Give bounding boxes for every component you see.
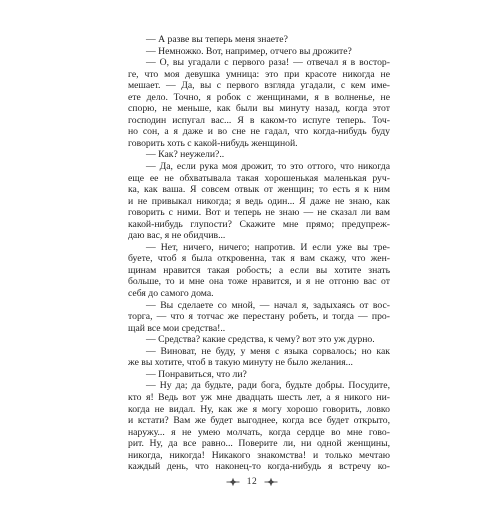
text-line: никогда, никогда! Никакого знакомства! и… xyxy=(128,450,390,462)
folio: 12 xyxy=(4,475,500,489)
text-line: ге, что моя девушка умница: это при крас… xyxy=(128,69,390,81)
book-page: — А разве вы теперь меня знаете?— Немнож… xyxy=(0,0,500,532)
page-text: — А разве вы теперь меня знаете?— Немнож… xyxy=(128,34,390,473)
text-line: буете, чтоб я была откровенна, так я вам… xyxy=(128,253,390,265)
text-line: наружу... я не умею молчать, когда сердц… xyxy=(128,427,390,439)
text-line: торга, — что я тотчас же перестану робет… xyxy=(128,311,390,323)
text-line: спорю, не меньше, как были вы минуту наз… xyxy=(128,103,390,115)
text-line: даю вас, я не обидчив... xyxy=(128,230,390,242)
text-line: говорить с ними. Вот и теперь не знаю — … xyxy=(128,207,390,219)
text-line: говорить хоть с какой-нибудь женщиной. xyxy=(128,138,390,150)
text-line: — Понравиться, что ли? xyxy=(128,369,390,381)
fleuron-left-icon xyxy=(226,477,240,487)
text-line: — О, вы угадали с первого раза! — отвеча… xyxy=(128,57,390,69)
text-line: — А разве вы теперь меня знаете? xyxy=(128,34,390,46)
text-line: — Вы сделаете со мной, — начал я, задыха… xyxy=(128,300,390,312)
text-line: и не привыкал никогда; я ведь один... Я … xyxy=(128,196,390,208)
fleuron-right-icon xyxy=(264,477,278,487)
text-line: еще ее не обхватывала такая хорошенькая … xyxy=(128,173,390,185)
text-line: — Виноват, не буду, у меня с языка сорва… xyxy=(128,346,390,358)
text-line: больше, то и мне она тоже нравится, и я … xyxy=(128,276,390,288)
text-line: мешает. — Да, вы с первого взгляда угада… xyxy=(128,80,390,92)
page-number: 12 xyxy=(247,475,258,489)
text-line: — Да, если рука моя дрожит, то это оттог… xyxy=(128,161,390,173)
text-line: — Немножко. Вот, например, отчего вы дро… xyxy=(128,46,390,58)
text-line: господин испугал вас... Я в каком-то исп… xyxy=(128,115,390,127)
text-line: — Как? неужели?.. xyxy=(128,149,390,161)
text-line: какой-нибудь глупости? Скажите мне прямо… xyxy=(128,219,390,231)
text-line: щинам нравится такая робость; а если вы … xyxy=(128,265,390,277)
text-line: ете дело. Точно, я робок с женщинами, я … xyxy=(128,92,390,104)
text-line: и кстати? Вам же будет выгоднее, когда в… xyxy=(128,415,390,427)
text-line: кто я! Ведь вот уж мне двадцать шесть ле… xyxy=(128,392,390,404)
text-line: каждый день, что наконец-то когда-нибудь… xyxy=(128,461,390,473)
text-line: себя до самого дома. xyxy=(128,288,390,300)
text-line: — Нет, ничего, ничего; напротив. И если … xyxy=(128,242,390,254)
text-line: — Средства? какие средства, к чему? вот … xyxy=(128,334,390,346)
text-line: щай все мои средства!.. xyxy=(128,323,390,335)
text-line: ка, как ваша. Я совсем отвык от женщин; … xyxy=(128,184,390,196)
text-line: но сон, а я даже и во сне не гадал, что … xyxy=(128,126,390,138)
text-line: же вы хотите, чтоб в такую минуту не был… xyxy=(128,357,390,369)
text-line: когда не видал. Ну, как же я могу хорошо… xyxy=(128,404,390,416)
text-line: рит. Ну, да все равно... Поверите ли, ни… xyxy=(128,438,390,450)
text-line: — Ну да; да будьте, ради бога, будьте до… xyxy=(128,380,390,392)
